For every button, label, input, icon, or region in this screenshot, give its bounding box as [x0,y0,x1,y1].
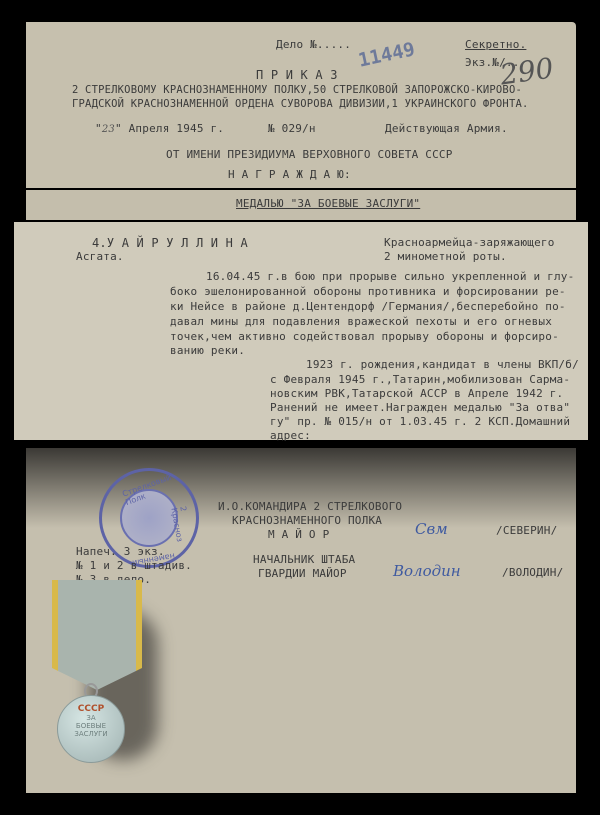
seal-text-right: 2 Красноз [169,505,193,542]
bio-line: гу" пр. № 015/н от 1.03.45 г. 2 КСП.Дома… [270,415,570,428]
deed-line: давал мины для подавления вражеской пехо… [170,315,552,328]
chief-rank: ГВАРДИИ МАЙОР [258,567,347,580]
bio-line: с Февраля 1945 г.,Татарин,мобилизован Са… [270,373,570,386]
bio-line: 1923 г. рождения,кандидат в члены ВКП/б/ [306,358,579,371]
medal-ribbon [52,580,142,690]
chief-title: НАЧАЛЬНИК ШТАБА [253,553,355,566]
location: Действующая Армия. [385,122,508,135]
order-date: "23" Апреля 1945 г. [95,122,224,135]
unit-line-2: ГРАДСКОЙ КРАСНОЗНАМЕННОЙ ОРДЕНА СУВОРОВА… [72,98,529,110]
medal-text-2: БОЕВЫЕ [58,722,124,730]
secret-label: Секретно. [465,38,526,51]
recipient-name: 4.У А Й Р У Л Л И Н А [92,236,248,250]
medal-text-1: ЗА [58,714,124,722]
deed-line: точек,чем активно содействовал прорыву о… [170,330,559,343]
case-label: Дело №..... [276,38,351,51]
deed-line: ванию реки. [170,344,245,357]
bio-line: новским РВК,Татарской АССР в Апреле 1942… [270,387,563,400]
distribution-line-1: Напеч. 3 экз. [76,545,165,558]
medal-for-battle-merit-icon: СССР ЗА БОЕВЫЕ ЗАСЛУГИ [57,695,125,763]
award-verb: Н А Г Р А Ж Д А Ю: [228,168,351,181]
rank-line-2: 2 минометной роты. [384,250,507,263]
chief-signature: Володин [393,562,461,580]
commander-title-1: И.О.КОМАНДИРА 2 СТРЕЛКОВОГО [218,500,402,513]
commander-title-2: КРАСНОЗНАМЕННОГО ПОЛКА [232,514,382,527]
chief-name: /ВОЛОДИН/ [502,566,563,579]
bio-line: Ранений не имеет.Награжден медалью "За о… [270,401,570,414]
unit-line-1: 2 СТРЕЛКОВОМУ КРАСНОЗНАМЕННОМУ ПОЛКУ,50 … [72,84,522,96]
recipient-first-name: Асгата. [76,250,124,263]
medal-ussr-text: СССР [58,704,124,714]
deed-line: ки Нейсе в районе д.Центендорф /Германия… [170,300,566,313]
rank-line-1: Красноармейца-заряжающего [384,236,555,249]
deed-line: 16.04.45 г.в бою при прорыве сильно укре… [206,270,574,283]
commander-name: /СЕВЕРИН/ [496,524,557,537]
deed-line: боко эшелонированной обороны противника … [170,285,566,298]
commander-signature: Свм [415,520,448,538]
order-number: № 029/н [268,122,316,135]
medal-title: МЕДАЛЬЮ "ЗА БОЕВЫЕ ЗАСЛУГИ" [236,197,420,210]
distribution-line-2: № 1 и 2 в штадив. [76,559,192,572]
date-text: Апреля 1945 г. [129,122,225,135]
authority-line: ОТ ИМЕНИ ПРЕЗИДИУМА ВЕРХОВНОГО СОВЕТА СС… [166,148,453,161]
order-title: П Р И К А З [256,68,338,82]
medal-text-3: ЗАСЛУГИ [58,730,124,738]
bio-line: адрес: [270,429,311,442]
date-day: 23 [102,124,115,135]
commander-rank: М А Й О Р [268,528,329,541]
